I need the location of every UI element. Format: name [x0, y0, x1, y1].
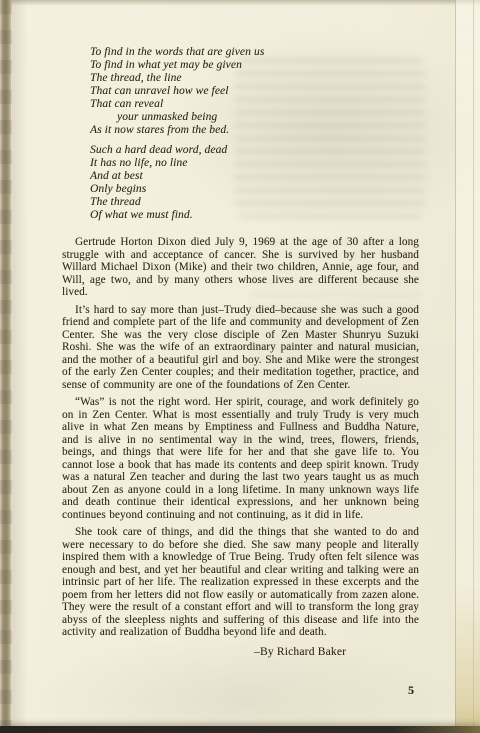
scan-top-edge	[0, 0, 480, 6]
poem-line: It has no life, no line	[90, 157, 419, 170]
poem-line: Only begins	[90, 183, 419, 196]
poem-line: The thread, the line	[90, 72, 419, 85]
page-content: To find in the words that are given us T…	[62, 46, 419, 658]
obituary-paragraph: Gertrude Horton Dixon died July 9, 1969 …	[62, 236, 419, 299]
poem-line: The thread	[90, 196, 419, 209]
poem-line: Such a hard dead word, dead	[90, 144, 419, 157]
poem-line: Of what we must find.	[90, 209, 419, 222]
obituary-paragraph: She took care of things, and did the thi…	[62, 526, 419, 639]
page-fore-edge	[455, 0, 480, 733]
poem-line: As it now stares from the bed.	[90, 124, 419, 137]
page-gutter-edge	[0, 0, 12, 733]
obituary-paragraph: It’s hard to say more than just–Trudy di…	[62, 304, 419, 392]
poem-stanza-2: Such a hard dead word, dead It has no li…	[90, 144, 419, 222]
author-byline: –By Richard Baker	[254, 646, 419, 658]
poem-line: To find in what yet may be given	[90, 59, 419, 72]
scan-bottom-edge	[0, 726, 480, 733]
page-number: 5	[408, 683, 414, 698]
poem-line: To find in the words that are given us	[90, 46, 419, 59]
memorial-poem: To find in the words that are given us T…	[90, 46, 419, 222]
scanned-book-page: To find in the words that are given us T…	[0, 0, 480, 733]
poem-line: That can reveal	[90, 98, 419, 111]
poem-stanza-1: To find in the words that are given us T…	[90, 46, 419, 137]
poem-line: And at best	[90, 170, 419, 183]
obituary-paragraph: “Was” is not the right word. Her spirit,…	[62, 396, 419, 521]
poem-line-indented: your unmasked being	[90, 111, 419, 124]
poem-line: That can unravel how we feel	[90, 85, 419, 98]
